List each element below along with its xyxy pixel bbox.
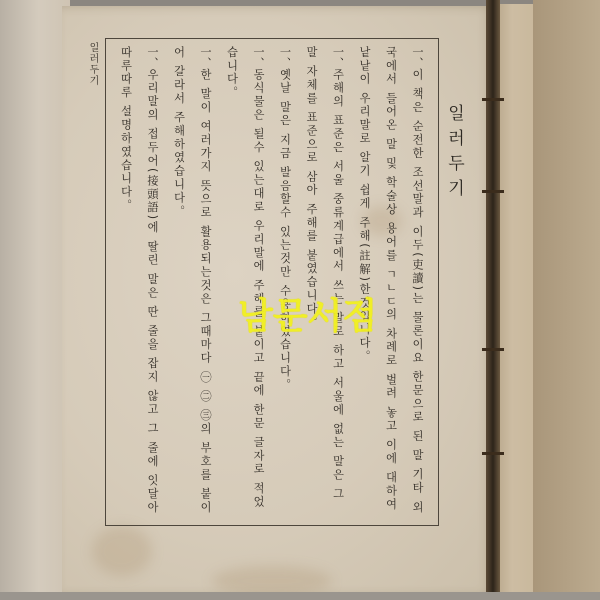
note-text: 주해의 표준은 서울 중류계급에서 쓰는 말로 하고 서울에 없는 말은 그 말… [305, 46, 345, 501]
note-text: 이 책은 순전한 조선말과 이두(吏讀)는 물론이요 한문으로 된 말 기타 외… [358, 46, 424, 514]
note-text: 동식물은 될수 있는대로 우리말에 주해를 붙이고 끝에 한문 글자로 적었습니… [226, 46, 266, 509]
left-page-edge [0, 0, 70, 600]
page-stain [92, 526, 152, 576]
note-text: 한 말이 여러가지 뜻으로 활용되는것은 그때마다 ㊀ ㊁ ㊂의 부호를 붙이어… [173, 46, 213, 515]
binding-stitch [482, 348, 504, 351]
next-page-edge [496, 4, 536, 592]
note-bullet: 一、 [332, 46, 345, 68]
page-title: 일러두기 [445, 104, 467, 204]
seller-watermark: 남문서점 [238, 288, 377, 339]
running-header: 일러두기 [84, 42, 100, 86]
book-photo: 일러두기 일러두기 一、이 책은 순전한 조선말과 이두(吏讀)는 물론이요 한… [0, 0, 600, 600]
note-text: 우리말의 접두어(接頭語)에 딸린 말은 딴 줄을 잡지 않고 그 줄에 잇달아… [120, 46, 160, 514]
note-item: 一、옛날 말은 지금 발음할수 있는것만 수용하였습니다。 [271, 46, 298, 518]
note-item: 一、이 책은 순전한 조선말과 이두(吏讀)는 물론이요 한문으로 된 말 기타… [351, 46, 431, 518]
note-bullet: 一、 [279, 46, 292, 68]
binding-stitch [482, 452, 504, 455]
note-text: 옛날 말은 지금 발음할수 있는것만 수용하였습니다。 [279, 68, 292, 392]
note-item: 一、한 말이 여러가지 뜻으로 활용되는것은 그때마다 ㊀ ㊁ ㊂의 부호를 붙… [165, 46, 218, 518]
note-bullet: 一、 [411, 46, 424, 68]
notes-body: 一、이 책은 순전한 조선말과 이두(吏讀)는 물론이요 한문으로 된 말 기타… [112, 46, 430, 518]
book-gutter [486, 0, 500, 600]
note-bullet: 一、 [146, 46, 159, 68]
book-cover-edge [533, 0, 600, 600]
background-surface [0, 592, 600, 600]
note-bullet: 一、 [252, 46, 265, 68]
note-item: 一、우리말의 접두어(接頭語)에 딸린 말은 딴 줄을 잡지 않고 그 줄에 잇… [112, 46, 165, 518]
binding-stitch [482, 190, 504, 193]
note-item: 一、동식물은 될수 있는대로 우리말에 주해를 붙이고 끝에 한문 글자로 적었… [218, 46, 271, 518]
note-item: 一、주해의 표준은 서울 중류계급에서 쓰는 말로 하고 서울에 없는 말은 그… [298, 46, 351, 518]
note-bullet: 一、 [199, 46, 212, 68]
binding-stitch [482, 98, 504, 101]
